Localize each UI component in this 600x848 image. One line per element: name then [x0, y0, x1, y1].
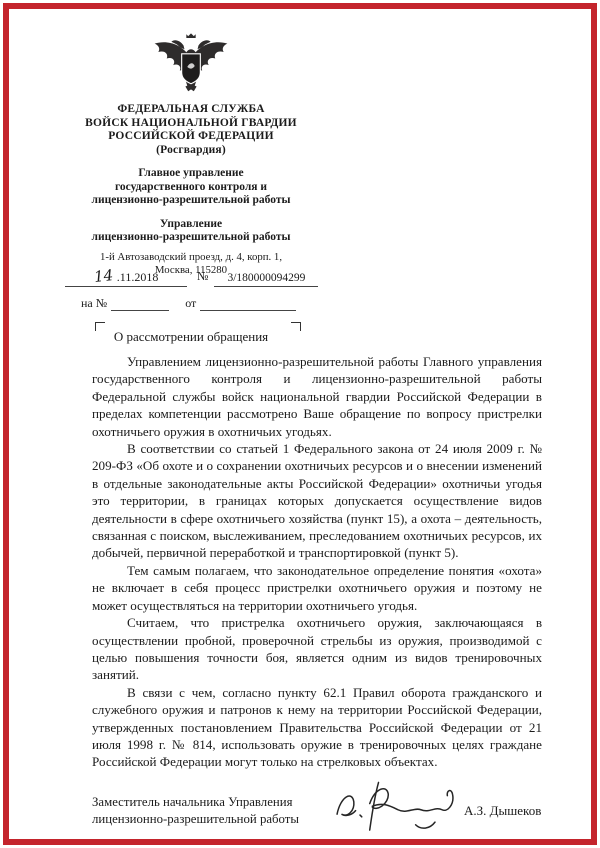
- body-paragraph: В связи с чем, согласно пункту 62.1 Прав…: [92, 684, 542, 771]
- from-date-field: [200, 296, 296, 311]
- number-sign-label: №: [197, 269, 208, 284]
- org-name-line: ФЕДЕРАЛЬНАЯ СЛУЖБА: [57, 103, 325, 117]
- body-paragraph: В соответствии со статьей 1 Федерального…: [92, 440, 542, 562]
- signer-name: А.З. Дышеков: [464, 803, 541, 819]
- handwritten-date-day: 14: [93, 266, 114, 286]
- outgoing-number-field: 3/180000094299: [214, 272, 318, 287]
- body-paragraph: Тем самым полагаем, что законодательное …: [92, 562, 542, 614]
- date-field: 14.11.2018: [65, 267, 187, 287]
- reference-block: 14.11.2018 № 3/180000094299 на № от: [57, 267, 325, 311]
- org-name-line: (Росгвардия): [57, 144, 325, 158]
- org-name-line: РОССИЙСКОЙ ФЕДЕРАЦИИ: [57, 130, 325, 144]
- signer-position-line: Заместитель начальника Управления: [92, 794, 299, 811]
- division-line: лицензионно-разрешительной работы: [57, 231, 325, 245]
- letter-body: Управлением лицензионно-разрешительной р…: [92, 353, 542, 771]
- letter-content: ФЕДЕРАЛЬНАЯ СЛУЖБА ВОЙСК НАЦИОНАЛЬНОЙ ГВ…: [9, 9, 591, 839]
- letterhead: ФЕДЕРАЛЬНАЯ СЛУЖБА ВОЙСК НАЦИОНАЛЬНОЙ ГВ…: [57, 33, 325, 277]
- address-line: 1-й Автозаводский проезд, д. 4, корп. 1,: [57, 251, 325, 264]
- from-date-label: от: [185, 296, 196, 311]
- body-paragraph: Управлением лицензионно-разрешительной р…: [92, 353, 542, 440]
- incoming-reference-row: на № от: [81, 296, 325, 311]
- signer-position: Заместитель начальника Управления лиценз…: [92, 794, 299, 827]
- department-line: лицензионно-разрешительной работы: [57, 194, 325, 208]
- scanned-letter-page: ФЕДЕРАЛЬНАЯ СЛУЖБА ВОЙСК НАЦИОНАЛЬНОЙ ГВ…: [0, 0, 600, 848]
- body-paragraph: Считаем, что пристрелка охотничьего оруж…: [92, 614, 542, 684]
- date-rest: .11.2018: [117, 270, 159, 284]
- signer-position-line: лицензионно-разрешительной работы: [92, 811, 299, 828]
- division-line: Управление: [57, 218, 325, 232]
- subject-line: О рассмотрении обращения: [57, 329, 325, 345]
- handwritten-signature-icon: [330, 777, 480, 839]
- date-number-row: 14.11.2018 № 3/180000094299: [65, 267, 325, 287]
- org-name-line: ВОЙСК НАЦИОНАЛЬНОЙ ГВАРДИИ: [57, 117, 325, 131]
- reply-to-number-field: [111, 296, 169, 311]
- reply-to-number-label: на №: [81, 296, 107, 311]
- rosgvardia-eagle-emblem-icon: [149, 33, 233, 99]
- department-line: государственного контроля и: [57, 181, 325, 195]
- department-line: Главное управление: [57, 167, 325, 181]
